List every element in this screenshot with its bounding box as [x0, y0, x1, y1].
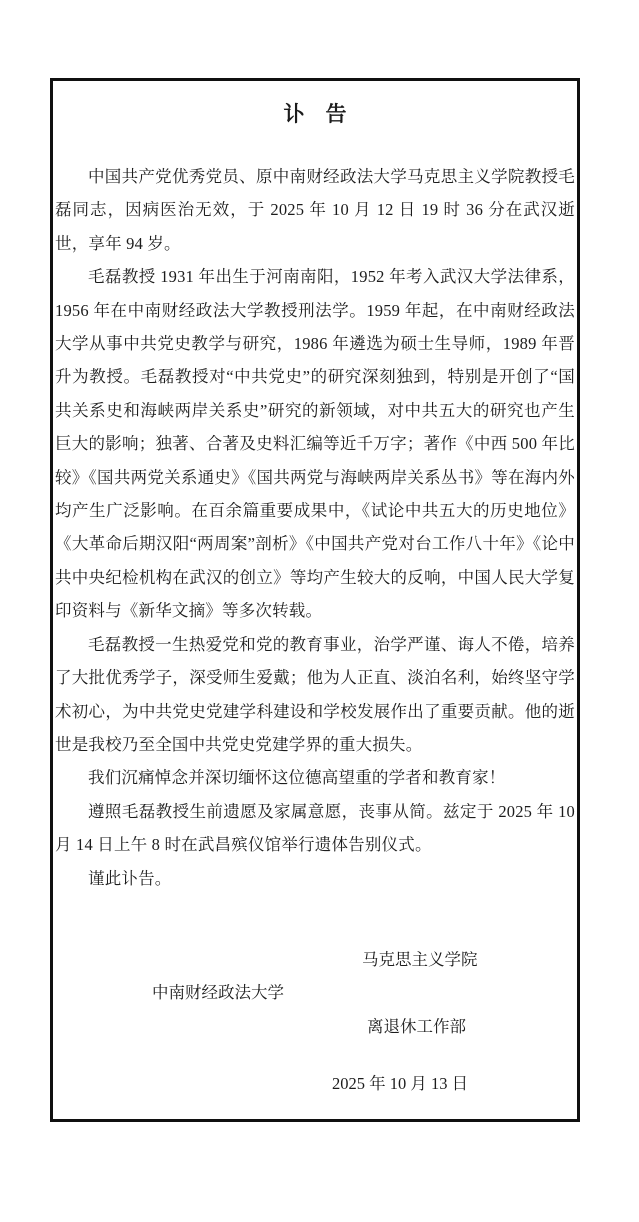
signature-date: 2025 年 10 月 13 日 — [55, 1067, 575, 1100]
obituary-document: 讣 告 中国共产党优秀党员、原中南财经政法大学马克思主义学院教授毛磊同志，因病医… — [50, 78, 580, 1122]
paragraph-biography: 毛磊教授 1931 年出生于河南南阳，1952 年考入武汉大学法律系，1956 … — [55, 260, 575, 627]
signature-university: 中南财经政法大学 — [55, 976, 575, 1009]
paragraph-mourning: 我们沉痛悼念并深切缅怀这位德高望重的学者和教育家！ — [55, 761, 575, 794]
paragraph-closing: 谨此讣告。 — [55, 862, 575, 895]
paragraph-death-notice: 中国共产党优秀党员、原中南财经政法大学马克思主义学院教授毛磊同志，因病医治无效，… — [55, 160, 575, 260]
paragraph-funeral-arrangements: 遵照毛磊教授生前遗愿及家属意愿，丧事从简。兹定于 2025 年 10 月 14 … — [55, 795, 575, 862]
signature-block: 马克思主义学院 中南财经政法大学 离退休工作部 2025 年 10 月 13 日 — [55, 943, 575, 1101]
obituary-title: 讣 告 — [55, 102, 575, 127]
signature-college: 马克思主义学院 — [55, 943, 575, 976]
paragraph-legacy: 毛磊教授一生热爱党和党的教育事业，治学严谨、诲人不倦，培养了大批优秀学子，深受师… — [55, 628, 575, 762]
signature-department: 离退休工作部 — [55, 1010, 575, 1043]
